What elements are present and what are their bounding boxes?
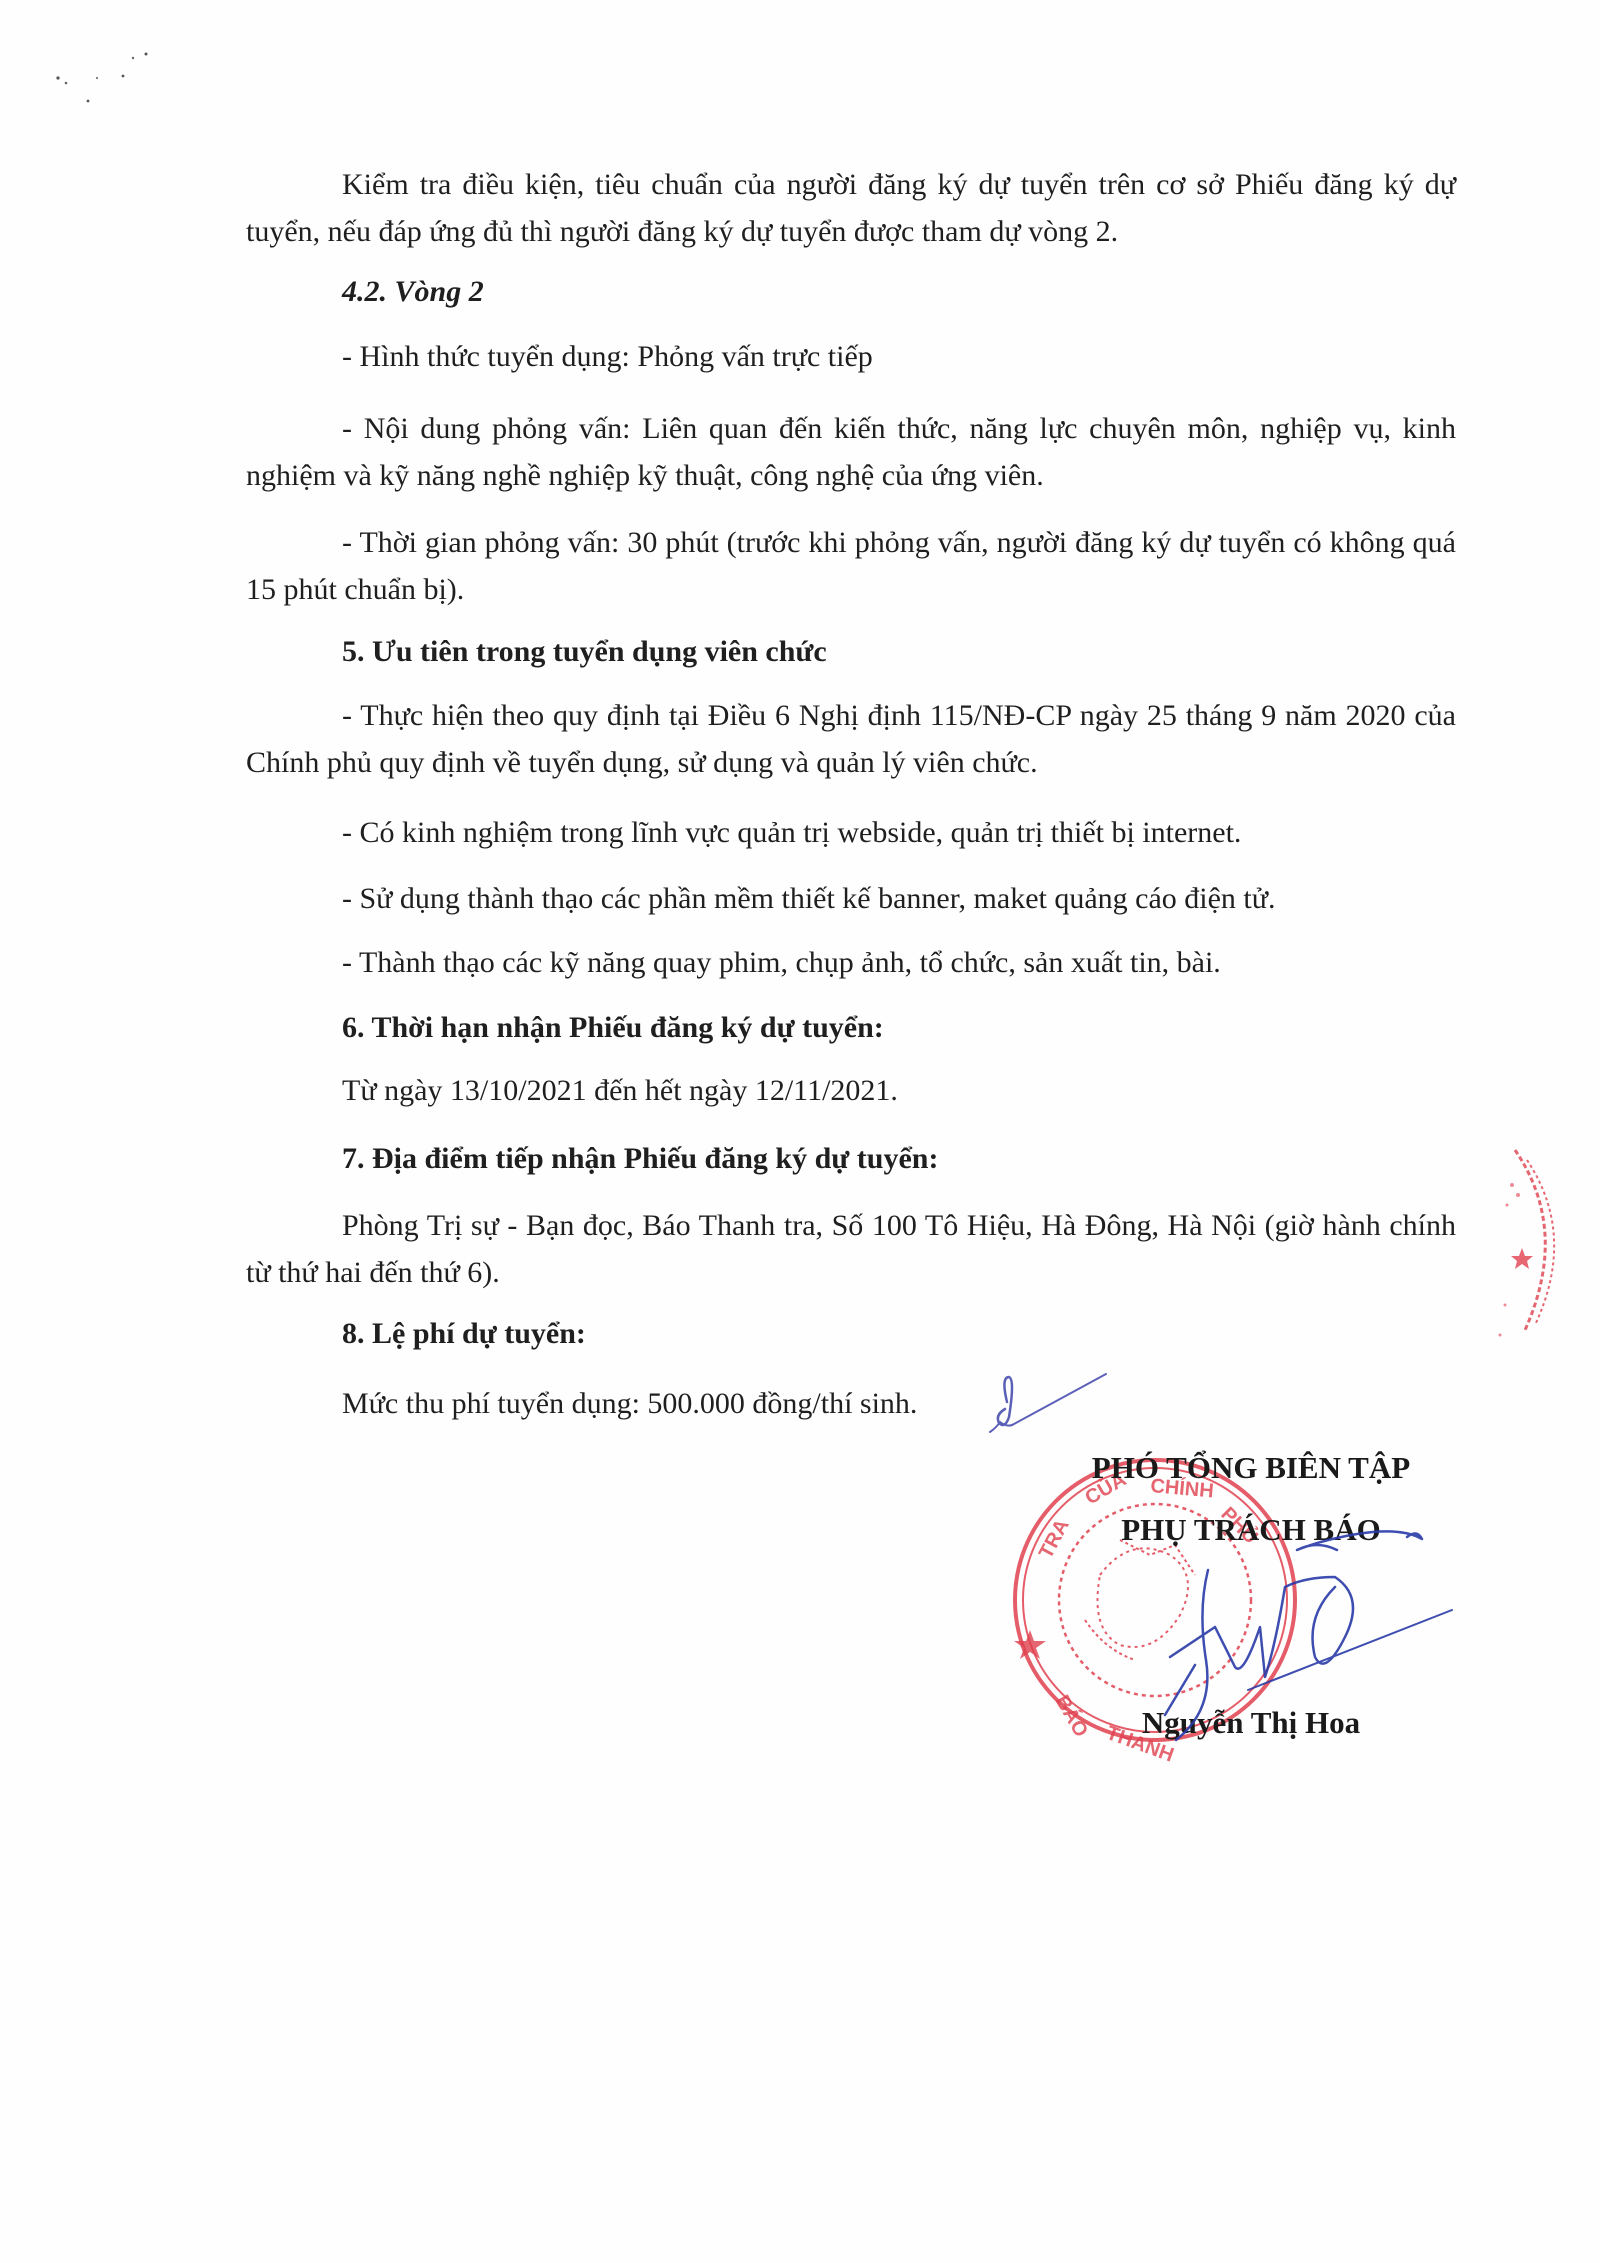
signatory-title-line1: PHÓ TỔNG BIÊN TẬP bbox=[1001, 1444, 1501, 1492]
paragraph-web-experience: - Có kinh nghiệm trong lĩnh vực quản trị… bbox=[246, 809, 1456, 856]
heading-deadline: 6. Thời hạn nhận Phiếu đăng ký dự tuyển: bbox=[246, 1004, 1456, 1051]
heading-location: 7. Địa điểm tiếp nhận Phiếu đăng ký dự t… bbox=[246, 1135, 1456, 1182]
heading-fee: 8. Lệ phí dự tuyển: bbox=[246, 1310, 1456, 1357]
paragraph-deadline-dates: Từ ngày 13/10/2021 đến hết ngày 12/11/20… bbox=[246, 1067, 1456, 1114]
paragraph-interview-time: - Thời gian phỏng vấn: 30 phút (trước kh… bbox=[246, 519, 1456, 613]
signatory-name: Nguyễn Thị Hoa bbox=[1001, 1699, 1501, 1747]
document-page: Kiểm tra điều kiện, tiêu chuẩn của người… bbox=[0, 0, 1600, 2263]
heading-priority: 5. Ưu tiên trong tuyển dụng viên chức bbox=[246, 628, 1456, 675]
paragraph-design-software: - Sử dụng thành thạo các phần mềm thiết … bbox=[246, 875, 1456, 922]
paragraph-interview-form: - Hình thức tuyển dụng: Phỏng vấn trực t… bbox=[246, 333, 1456, 380]
paragraph-location-address: Phòng Trị sự - Bạn đọc, Báo Thanh tra, S… bbox=[246, 1202, 1456, 1296]
signatory-title-line2: PHỤ TRÁCH BÁO bbox=[1001, 1506, 1501, 1554]
paragraph-media-skills: - Thành thạo các kỹ năng quay phim, chụp… bbox=[246, 939, 1456, 986]
paragraph-interview-content: - Nội dung phỏng vấn: Liên quan đến kiến… bbox=[246, 405, 1456, 499]
paragraph-fee-amount: Mức thu phí tuyển dụng: 500.000 đồng/thí… bbox=[246, 1380, 1456, 1427]
paragraph-decree: - Thực hiện theo quy định tại Điều 6 Ngh… bbox=[246, 692, 1456, 786]
subheading-round-2: 4.2. Vòng 2 bbox=[246, 268, 1456, 315]
paragraph-eligibility-check: Kiểm tra điều kiện, tiêu chuẩn của người… bbox=[246, 161, 1456, 255]
